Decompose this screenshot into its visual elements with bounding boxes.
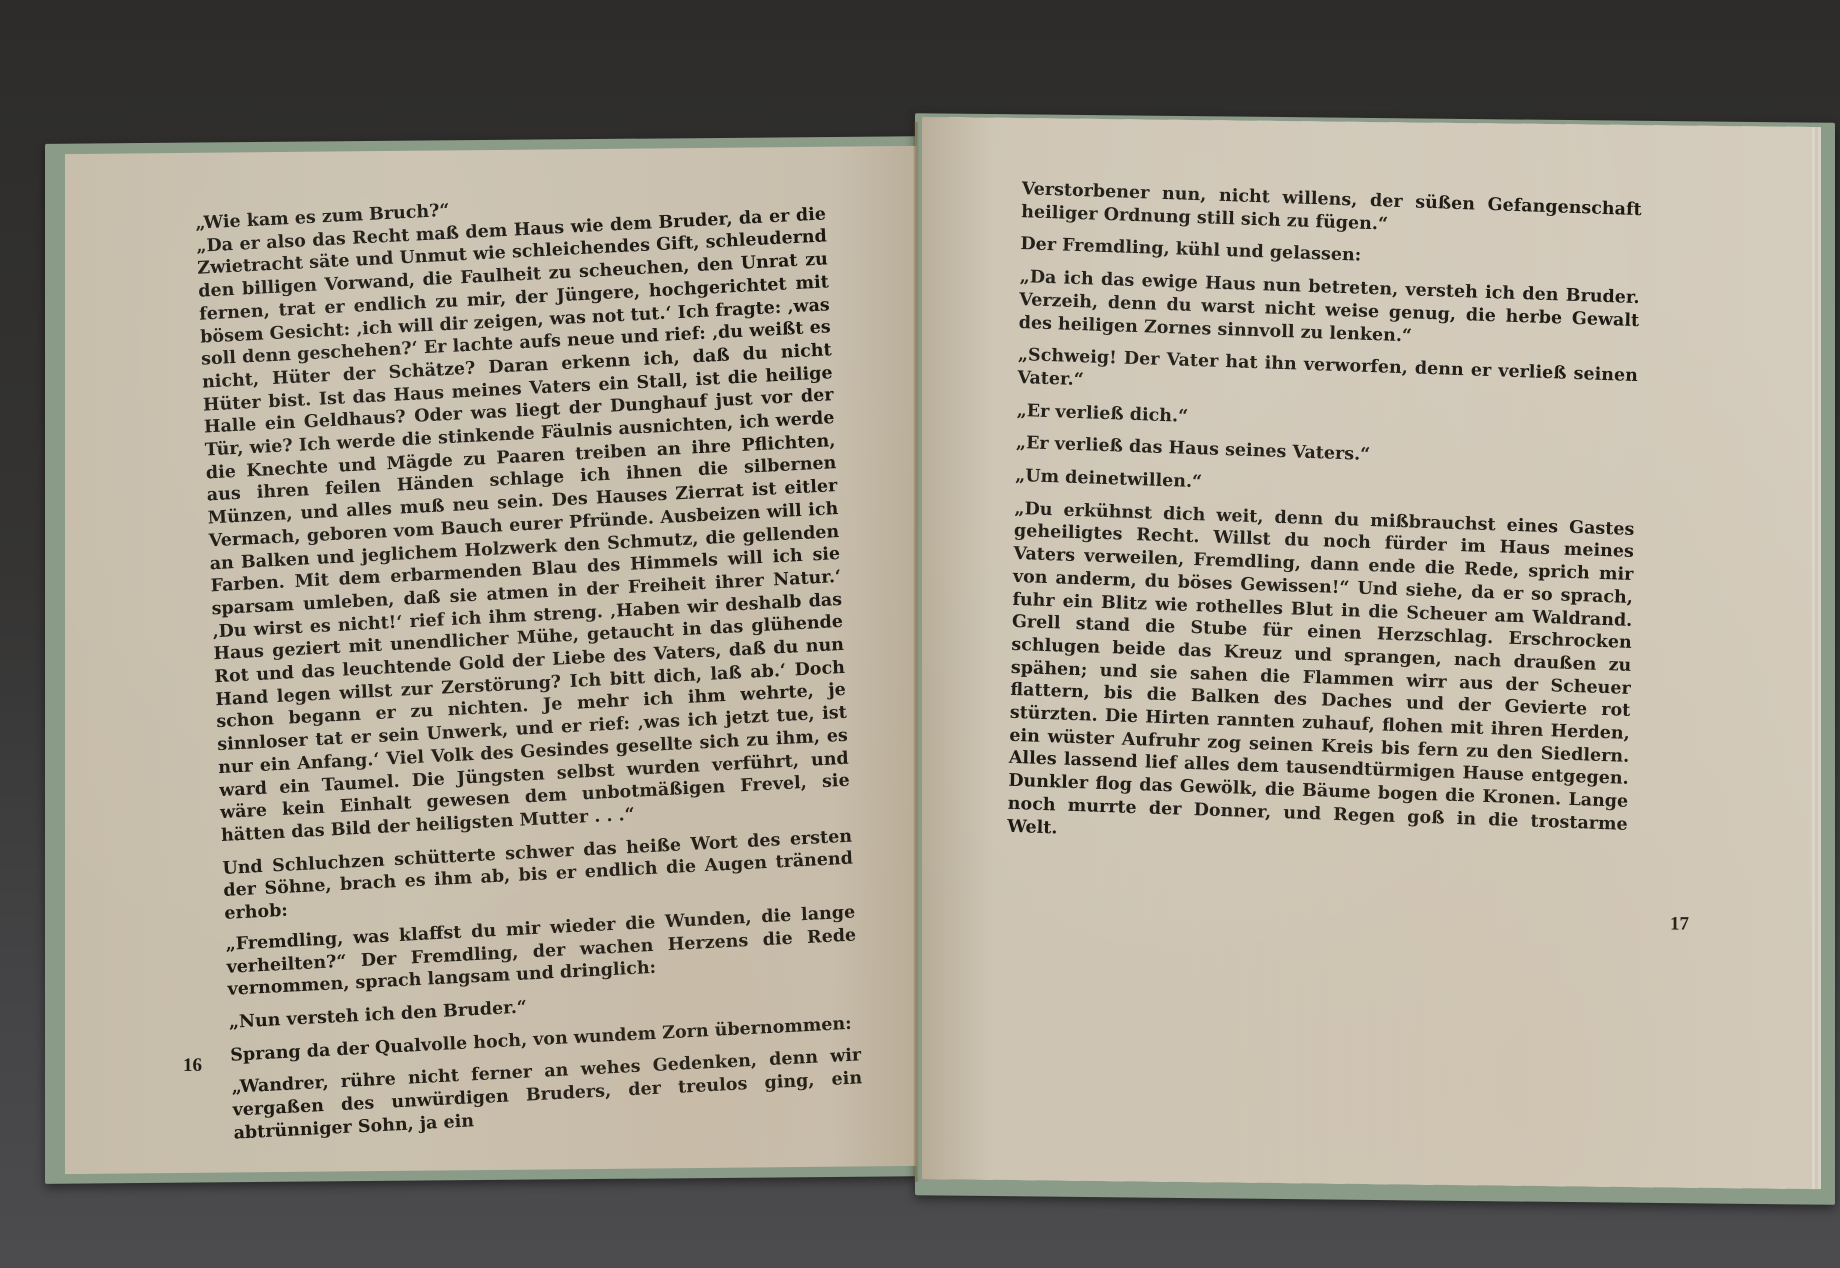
paragraph: „Du erkühnst dich weit, denn du mißbrauc…: [1007, 498, 1635, 859]
paragraph: „Da er also das Recht maß dem Haus wie d…: [196, 203, 851, 848]
paragraph: Verstorbener nun, nicht willens, der süß…: [1021, 178, 1642, 244]
book-spine: [913, 122, 919, 1182]
right-page-text: Verstorbener nun, nicht willens, der süß…: [1007, 178, 1642, 869]
paragraph: „Schweig! Der Vater hat ihn verworfen, d…: [1017, 344, 1638, 410]
left-page-text: „Wie kam es zum Bruch?“ „Da er also das …: [195, 180, 864, 1155]
paragraph: „Da ich das ewige Haus nun betreten, ver…: [1018, 266, 1639, 355]
left-page: „Wie kam es zum Bruch?“ „Da er also das …: [65, 146, 917, 1174]
right-page: Verstorbener nun, nicht willens, der süß…: [922, 117, 1812, 1189]
page-number-right: 17: [1670, 913, 1689, 935]
page-number-left: 16: [183, 1055, 202, 1077]
